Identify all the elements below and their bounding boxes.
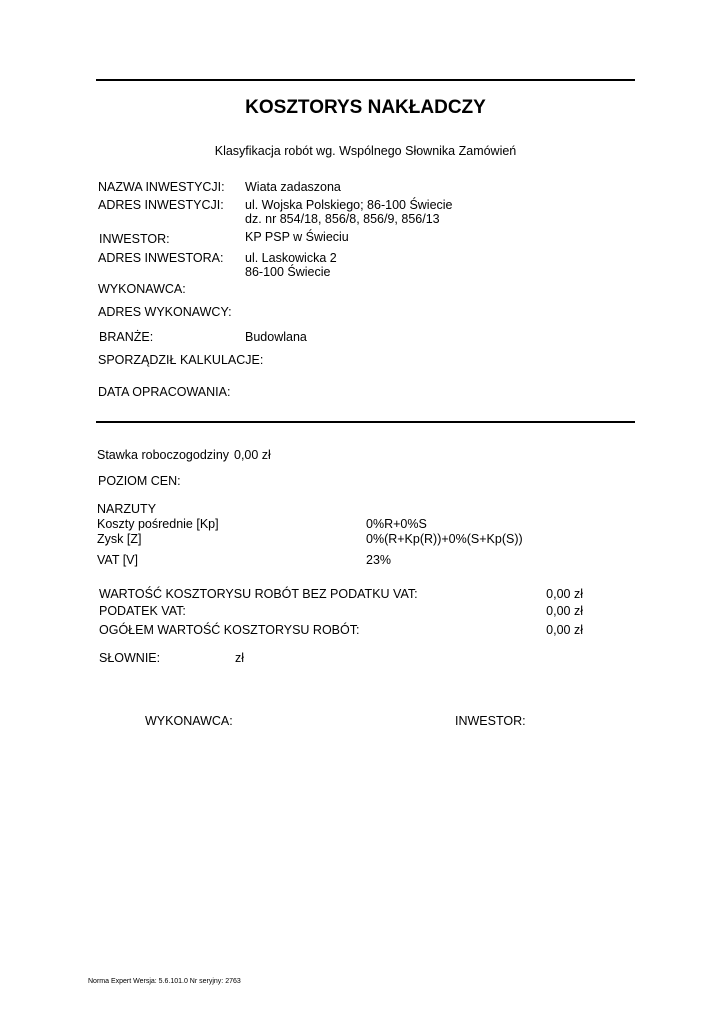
signature-investor: INWESTOR: <box>455 714 526 728</box>
net-total-value: 0,00 zł <box>500 587 583 601</box>
investor-address-line1: ul. Laskowicka 2 <box>245 251 337 265</box>
labor-rate-label: Stawka roboczogodziny <box>97 448 229 462</box>
software-footer: Norma Expert Wersja: 5.6.101.0 Nr seryjn… <box>88 978 241 985</box>
branch-value: Budowlana <box>245 330 307 344</box>
middle-rule <box>96 421 635 423</box>
indirect-costs-label: Koszty pośrednie [Kp] <box>97 517 219 531</box>
document-title: KOSZTORYS NAKŁADCZY <box>96 97 635 119</box>
investor-label: INWESTOR: <box>99 232 170 246</box>
contractor-label: WYKONAWCA: <box>98 282 186 296</box>
profit-label: Zysk [Z] <box>97 532 141 546</box>
contractor-address-label: ADRES WYKONAWCY: <box>98 305 232 319</box>
vat-total-value: 0,00 zł <box>500 604 583 618</box>
investment-name-value: Wiata zadaszona <box>245 180 341 194</box>
vat-total-label: PODATEK VAT: <box>99 604 186 618</box>
in-words-label: SŁOWNIE: <box>99 651 160 665</box>
surcharges-heading: NARZUTY <box>97 502 156 516</box>
gross-total-value: 0,00 zł <box>500 623 583 637</box>
signature-contractor: WYKONAWCA: <box>145 714 233 728</box>
indirect-costs-value: 0%R+0%S <box>366 517 427 531</box>
investment-address-line1: ul. Wojska Polskiego; 86-100 Świecie <box>245 198 453 212</box>
prepared-by-label: SPORZĄDZIŁ KALKULACJE: <box>98 353 263 367</box>
investment-address-label: ADRES INWESTYCJI: <box>98 198 224 212</box>
investor-address-line2: 86-100 Świecie <box>245 265 330 279</box>
labor-rate-value: 0,00 zł <box>234 448 271 462</box>
branch-label: BRANŻE: <box>99 330 153 344</box>
top-rule <box>96 79 635 81</box>
price-level-label: POZIOM CEN: <box>98 474 181 488</box>
document-subtitle: Klasyfikacja robót wg. Wspólnego Słownik… <box>96 144 635 158</box>
date-label: DATA OPRACOWANIA: <box>98 385 230 399</box>
in-words-value: zł <box>235 651 244 665</box>
investment-address-line2: dz. nr 854/18, 856/8, 856/9, 856/13 <box>245 212 440 226</box>
investor-address-label: ADRES INWESTORA: <box>98 251 223 265</box>
gross-total-label: OGÓŁEM WARTOŚĆ KOSZTORYSU ROBÓT: <box>99 623 359 637</box>
vat-label: VAT [V] <box>97 553 138 567</box>
vat-value: 23% <box>366 553 391 567</box>
investment-name-label: NAZWA INWESTYCJI: <box>98 180 225 194</box>
profit-value: 0%(R+Kp(R))+0%(S+Kp(S)) <box>366 532 523 546</box>
investor-value: KP PSP w Świeciu <box>245 230 349 244</box>
net-total-label: WARTOŚĆ KOSZTORYSU ROBÓT BEZ PODATKU VAT… <box>99 587 418 601</box>
